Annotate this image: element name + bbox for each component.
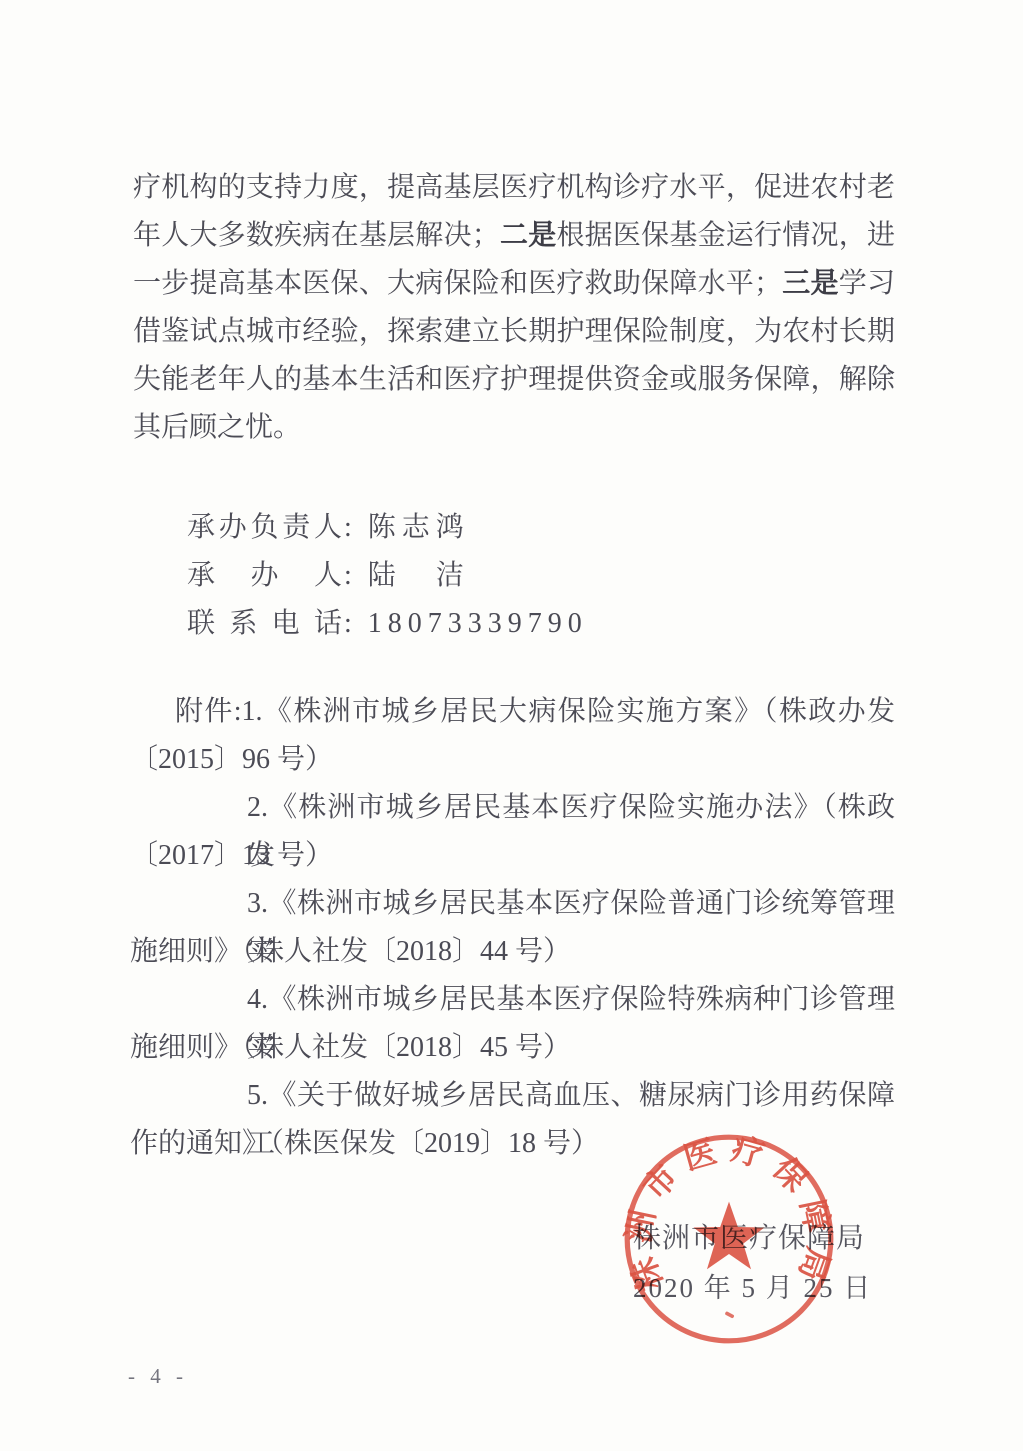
- attachment-2-line-2: 〔2017〕13 号）: [130, 832, 895, 880]
- paragraph-line: 一步提高基本医保、大病保险和医疗救助保障水平；三是学习: [133, 260, 895, 308]
- paragraph-line: 年人大多数疾病在基层解决；二是根据医保基金运行情况，进: [133, 212, 895, 260]
- attachment-1-line-1: 附件:1.《株洲市城乡居民大病保险实施方案》（株政办发: [130, 688, 895, 736]
- contact-value: 陆 洁: [368, 560, 470, 591]
- contact-value: 陈志鸿: [368, 512, 470, 543]
- paragraph-text: 一步提高基本医保、大病保险和医疗救助保障水平；: [133, 268, 782, 299]
- contact-colon: :: [344, 512, 352, 543]
- body-paragraph: 疗机构的支持力度，提高基层医疗机构诊疗水平，促进农村老 年人大多数疾病在基层解决…: [133, 164, 895, 452]
- paragraph-text: 学习: [839, 268, 895, 299]
- paragraph-line: 疗机构的支持力度，提高基层医疗机构诊疗水平，促进农村老: [133, 164, 895, 212]
- attachment-4-line-1: 4.《株洲市城乡居民基本医疗保险特殊病种门诊管理实: [130, 976, 895, 1024]
- paragraph-text: 失能老年人的基本生活和医疗护理提供资金或服务保障，解除: [133, 364, 895, 395]
- paragraph-line: 其后顾之忧。: [133, 404, 895, 452]
- official-seal: 株洲市医疗保障局: [622, 1132, 836, 1346]
- paragraph-line: 借鉴试点城市经验，探索建立长期护理保险制度，为农村长期: [133, 308, 895, 356]
- seal-bottom-mark: [725, 1311, 735, 1319]
- paragraph-text: 借鉴试点城市经验，探索建立长期护理保险制度，为农村长期: [133, 316, 895, 347]
- contact-row-responsible: 承办负责人:陈志鸿: [187, 504, 588, 552]
- contact-row-handler: 承办人:陆 洁: [187, 552, 588, 600]
- attachment-4-line-2: 施细则》（株人社发〔2018〕45 号）: [130, 1024, 895, 1072]
- paragraph-line: 失能老年人的基本生活和医疗护理提供资金或服务保障，解除: [133, 356, 895, 404]
- attachment-1-line-2: 〔2015〕96 号）: [130, 736, 895, 784]
- paragraph-text: 根据医保基金运行情况，进: [556, 220, 895, 251]
- paragraph-text: 疗机构的支持力度，提高基层医疗机构诊疗水平，促进农村老: [133, 172, 895, 203]
- attachment-3-line-1: 3.《株洲市城乡居民基本医疗保险普通门诊统筹管理实: [130, 880, 895, 928]
- contact-label: 联系电话: [187, 600, 342, 648]
- page-number: - 4 -: [128, 1364, 188, 1389]
- attachments-list: 附件:1.《株洲市城乡居民大病保险实施方案》（株政办发 〔2015〕96 号） …: [130, 688, 895, 1168]
- paragraph-text: 年人大多数疾病在基层解决；: [133, 220, 500, 251]
- contact-row-phone: 联系电话:18073339790: [187, 600, 588, 648]
- contact-block: 承办负责人:陈志鸿 承办人:陆 洁 联系电话:18073339790: [187, 504, 588, 648]
- seal-star-icon: [693, 1202, 764, 1270]
- attachment-2-line-1: 2.《株洲市城乡居民基本医疗保险实施办法》（株政发: [130, 784, 895, 832]
- paragraph-bold-text: 三是: [782, 268, 839, 299]
- paragraph-text: 其后顾之忧。: [133, 412, 301, 443]
- attachment-5-line-1: 5.《关于做好城乡居民高血压、糖尿病门诊用药保障工: [130, 1072, 895, 1120]
- contact-label: 承办人: [187, 552, 342, 600]
- contact-colon: :: [344, 560, 352, 591]
- contact-label: 承办负责人: [187, 504, 342, 552]
- contact-colon: :: [344, 608, 352, 639]
- paragraph-bold-text: 二是: [500, 220, 557, 251]
- contact-value: 18073339790: [368, 608, 588, 639]
- document-page: 疗机构的支持力度，提高基层医疗机构诊疗水平，促进农村老 年人大多数疾病在基层解决…: [0, 0, 1023, 1451]
- attachment-3-line-2: 施细则》（株人社发〔2018〕44 号）: [130, 928, 895, 976]
